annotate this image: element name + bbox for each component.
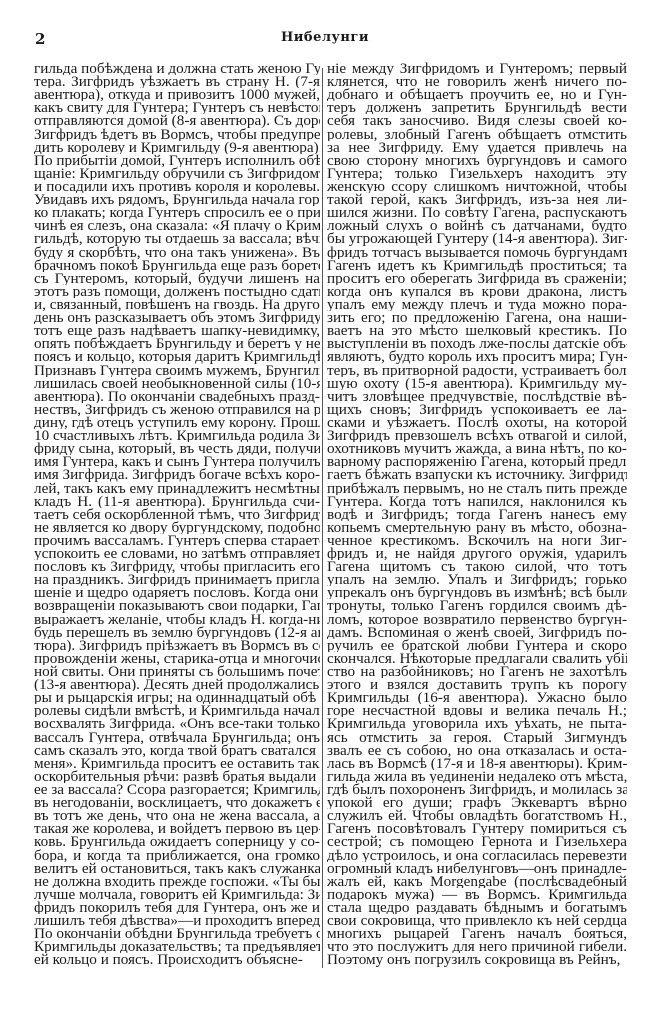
text-line: Гагенъ посовѣтовалъ Гунтеру помириться с… xyxy=(327,822,627,835)
text-line: выражаетъ желаніе, чтобы кладъ Н. когда-… xyxy=(34,613,320,626)
text-line: Кримгильды (16-я авентюра). Ужасно было xyxy=(327,691,627,704)
text-line: варному распоряженію Гагена, который пре… xyxy=(327,455,627,468)
text-line: отправляются домой (8-я авентюра). Съ до… xyxy=(34,114,320,127)
text-line: Кримгильды доказательствъ; та предъявляе… xyxy=(34,940,320,953)
text-line: гаетъ бѣжать взапуски къ источнику. Зигф… xyxy=(327,468,627,481)
text-line: самъ сказалъ это, когда твой братъ свата… xyxy=(34,744,320,757)
text-line: жалъ ей, какъ Morgengabe (послѣсвадебный xyxy=(327,875,627,888)
text-line: являютъ, будто король ихъ проситъ мира; … xyxy=(327,350,627,363)
text-line: проситъ его оберегать Зигфрида въ сражен… xyxy=(327,272,627,285)
text-line: звалъ ее съ собою, но она отказалась и о… xyxy=(327,744,627,757)
text-line: за нее Зигфриду. Ему удается привлечь на xyxy=(327,141,627,154)
text-line: зить его; по предложенію Гагена, она наш… xyxy=(327,311,627,324)
text-line: дину, гдѣ отецъ уступилъ ему корону. Про… xyxy=(34,416,320,429)
text-line: По прибытіи домой, Гунтеръ исполнилъ обѣ… xyxy=(34,154,320,167)
text-line: копьемъ смертельную рану въ мѣсто, обозн… xyxy=(327,521,627,534)
text-line: выступленіи въ походъ лже-послы датскіе … xyxy=(327,337,627,350)
text-line: такой герой, какъ Зигфридъ, изъ-за нея л… xyxy=(327,193,627,206)
text-line: такая же королева, и войдетъ первою въ ц… xyxy=(34,822,320,835)
text-line: охотниковъ мучитъ жажда, а вина нѣтъ, по… xyxy=(327,442,627,455)
text-line: велитъ ей остановиться, такъ какъ служан… xyxy=(34,862,320,875)
text-line: этого и взялся доставить трупъ къ порогу xyxy=(327,678,627,691)
text-line: оскорбительныя рѣчи: развѣ братья выдали… xyxy=(34,770,320,783)
text-line: упрекалъ онъ бургундовъ въ измѣнѣ; всѣ б… xyxy=(327,586,627,599)
text-line: вассалъ Гунтера, отвѣчала Брунгильда; он… xyxy=(34,731,320,744)
text-line: читъ зловѣщее предчувствіе, послѣдствіе … xyxy=(327,390,627,403)
text-line: свою сторону многихъ бургундовъ и самого xyxy=(327,154,627,167)
text-line: сками и уѣзжаетъ. Послѣ охоты, на которо… xyxy=(327,416,627,429)
text-line: тронуты, только Гагенъ гордился своимъ д… xyxy=(327,599,627,612)
text-line: прочимъ вассаламъ. Гунтеръ сперва старае… xyxy=(34,534,320,547)
column-divider xyxy=(322,68,323,968)
text-line: ложный слухъ о войнѣ съ датчанами, будто xyxy=(327,219,627,232)
text-line: что это послужитъ для него причиной гибе… xyxy=(327,940,627,953)
text-line: гильдѣ, которую ты отдаешь за вассала; в… xyxy=(34,232,320,245)
text-line: когда онъ купался въ крови дракона, лист… xyxy=(327,285,627,298)
text-line: ее за вассала? Ссора разгорается; Кримги… xyxy=(34,783,320,796)
text-line: буду я скорбѣть, что она такъ унижена». … xyxy=(34,246,320,259)
text-line: ченное крестикомъ. Вскочилъ на ноги Зиг- xyxy=(327,534,627,547)
text-line: ясь отмстить за героя. Старый Зигмундъ xyxy=(327,731,627,744)
text-line: тера. Зигфридъ уѣзжаетъ въ страну Н. (7-… xyxy=(34,75,320,88)
text-line: тюра). Зигфридъ пріѣзжаетъ въ Вормсъ въ … xyxy=(34,639,320,652)
text-line: провожденіи жены, старика-отца и многочи… xyxy=(34,652,320,665)
text-line: и, связанный, повѣшенъ на гвоздь. На дру… xyxy=(34,298,320,311)
text-line: и посадили ихъ противъ короля и королевы… xyxy=(34,180,320,193)
text-line: возвращеніи показываютъ свои подарки, Га… xyxy=(34,599,320,612)
text-line: не является ко двору бургундскому, подоб… xyxy=(34,521,320,534)
text-line: не должна входить прежде госпожи. «Ты бы xyxy=(34,875,320,888)
text-line: огромный кладъ нибелунговъ—онъ принадле- xyxy=(327,862,627,875)
text-line: Гунтера. Когда тотъ напился, наклонился … xyxy=(327,495,627,508)
text-line: водѣ и Зигфридъ; тогда Гагенъ нанесъ ему xyxy=(327,508,627,521)
text-line: восхвалять Зигфрида. «Онъ все-таки тольк… xyxy=(34,717,320,730)
text-line: Зигфридъ превзошелъ всѣхъ отвагой и сило… xyxy=(327,429,627,442)
text-line: Поэтому онъ погрузилъ сокровища въ Рейнъ… xyxy=(327,953,627,966)
text-line: гдѣ былъ похороненъ Зигфридъ, и молилась… xyxy=(327,783,627,796)
text-line: Кримгильда уговорила ихъ уѣхать, не пыта… xyxy=(327,717,627,730)
text-line: гильда побѣждена и должна стать женою Гу… xyxy=(34,62,320,75)
text-line: съ Гунтеромъ, который, будучи лишенъ на xyxy=(34,272,320,285)
text-line: стала щедро раздавать бѣднымъ и богатымъ xyxy=(327,901,627,914)
text-line: таетъ себя оскорбленной тѣмъ, что Зигфри… xyxy=(34,508,320,521)
text-line: лей, такъ какъ ему принадлежитъ несмѣтны… xyxy=(34,482,320,495)
text-line: фридъ тотчасъ вызывается помочь бургунда… xyxy=(327,246,627,259)
text-line: ролевы, злобный Гагенъ обѣщаетъ отмстить xyxy=(327,128,627,141)
right-column: ніе между Зигфридомъ и Гунтеромъ; первый… xyxy=(327,62,627,967)
text-line: По окончаніи обѣдни Брунгильда требуетъ … xyxy=(34,927,320,940)
text-line: ваетъ на это мѣсто шелковый крестикъ. По xyxy=(327,324,627,337)
text-line: въ негодованіи, восклицаетъ, что докажет… xyxy=(34,796,320,809)
text-line: теръ, въ притворной радости, устраиваетъ… xyxy=(327,364,627,377)
text-line: дамъ. Вспоминая о женѣ своей, Зигфридъ п… xyxy=(327,626,627,639)
text-line: успокоить ее словами, но затѣмъ отправля… xyxy=(34,547,320,560)
text-line: кладъ Н. (11-я авентюра). Брунгильда счи… xyxy=(34,495,320,508)
text-line: горе несчастной вдовы и велика печаль Н.… xyxy=(327,704,627,717)
text-line: прибѣжалъ первымъ, но не сталъ пить преж… xyxy=(327,482,627,495)
text-line: сестрой; съ помощею Гернота и Гизельхера xyxy=(327,835,627,848)
text-line: гильда жила въ уединеніи недалеко отъ мѣ… xyxy=(327,770,627,783)
text-line: Зигфридъ ѣдетъ въ Вормсъ, чтобы предупре… xyxy=(34,128,320,141)
text-line: упалъ ему между плечъ и туда можно пора- xyxy=(327,298,627,311)
text-line: меня». Кримгильда проситъ ее оставить та… xyxy=(34,757,320,770)
text-line: этотъ разъ помощи, долженъ постыдно сдат… xyxy=(34,285,320,298)
text-line: авентюра), откуда и привозитъ 1000 мужей… xyxy=(34,88,320,101)
text-line: чинѣ ея слезъ, она сказала: «Я плачу о К… xyxy=(34,219,320,232)
text-line: упалъ на землю. Упалъ и Зигфридъ; горько xyxy=(327,573,627,586)
text-line: себя такъ заносчиво. Видя слезы своей ко… xyxy=(327,114,627,127)
text-line: 10 счастливыхъ лѣтъ. Кримгильда родила З… xyxy=(34,429,320,442)
text-line: подарокъ мужа) — въ Вормсъ. Кримгильда xyxy=(327,888,627,901)
text-line: ломъ, которое возвратило первенство бург… xyxy=(327,613,627,626)
text-line: (13-я авентюра). Десять дней продолжалис… xyxy=(34,678,320,691)
text-line: женскую ссору слишкомъ ничтожной, чтобы xyxy=(327,180,627,193)
text-line: Гагенъ идетъ къ Кримгильдѣ проститься; т… xyxy=(327,259,627,272)
text-line: теръ долженъ запретить Брунгильдѣ вести xyxy=(327,101,627,114)
text-line: день онъ разсказываетъ объ этомъ Зигфрид… xyxy=(34,311,320,324)
text-line: на праздникъ. Зигфридъ принимаетъ пригла… xyxy=(34,573,320,586)
text-line: въ тотъ же день, что она не жена вассала… xyxy=(34,809,320,822)
text-line: дить королеву и Кримгильду (9-я авентюра… xyxy=(34,141,320,154)
text-line: ручилъ ее братской любви Гунтера и скоро xyxy=(327,639,627,652)
text-line: добнаго и обѣщаетъ проучить ее, но и Гун… xyxy=(327,88,627,101)
text-line: ніе между Зигфридомъ и Гунтеромъ; первый xyxy=(327,62,627,75)
text-line: лучше молчала, говоритъ ей Кримгильда: З… xyxy=(34,888,320,901)
text-line: шую охоту (15-я авентюра). Кримгильду му… xyxy=(327,377,627,390)
text-line: ной свиты. Они приняты съ большимъ почет… xyxy=(34,665,320,678)
text-line: ей кольцо и поясъ. Происходитъ объясне- xyxy=(34,953,320,966)
text-line: лишилась своей необыкновенной силы (10-я xyxy=(34,377,320,390)
text-line: фридъ покорилъ тебя для Гунтера, онъ же … xyxy=(34,901,320,914)
text-line: имя Зигфрида. Зигфридъ богаче всѣхъ коро… xyxy=(34,468,320,481)
page-header: 2 Нибелунги xyxy=(0,30,650,50)
text-line: ры и рыцарскія игры; на одиннадцатый обѣ… xyxy=(34,691,320,704)
text-line: поясъ и кольцо, которыя даритъ Кримгильд… xyxy=(34,350,320,363)
text-line: щихъ сновъ; Зигфридъ успокоиваетъ ее ла- xyxy=(327,403,627,416)
text-line: шеніе и щедро одаряетъ пословъ. Когда он… xyxy=(34,586,320,599)
text-line: ролевы сидѣли вмѣстѣ, и Кримгильда начал… xyxy=(34,704,320,717)
text-line: авентюра). По окончаніи свадебныхъ празд… xyxy=(34,390,320,403)
text-line: фриду сына, который, въ честь дяди, полу… xyxy=(34,442,320,455)
text-line: ство на разбойниковъ; но Гагенъ не захот… xyxy=(327,665,627,678)
text-line: служилъ ей. Чтобы овладѣть богатствомъ Н… xyxy=(327,809,627,822)
text-line: свои сокровища, что привлекло къ ней сер… xyxy=(327,914,627,927)
text-line: нествъ, Зигфридъ съ женою отправился на … xyxy=(34,403,320,416)
text-line: Увидавъ ихъ рядомъ, Брунгильда начала го… xyxy=(34,193,320,206)
text-line: клянется, что не говорилъ женѣ ничего по… xyxy=(327,75,627,88)
text-line: будь перешелъ въ землю бургундовъ (12-я … xyxy=(34,626,320,639)
text-line: какъ свиту для Гунтера; Гунтеръ съ невѣс… xyxy=(34,101,320,114)
left-column: гильда побѣждена и должна стать женою Гу… xyxy=(34,62,320,967)
text-line: фридъ и, не найдя другого оружія, ударил… xyxy=(327,547,627,560)
text-line: пословъ къ Зигфриду, чтобы пригласить ег… xyxy=(34,560,320,573)
running-title: Нибелунги xyxy=(0,30,650,45)
text-line: бора, и когда та приближается, она громк… xyxy=(34,849,320,862)
text-line: многихъ рыцарей Гагенъ началъ бояться, xyxy=(327,927,627,940)
text-line: шился жизни. По совѣту Гагена, распускаю… xyxy=(327,206,627,219)
text-line: скончался. Нѣкоторые предлагали свалить … xyxy=(327,652,627,665)
text-line: щаніе: Кримгильду обручили съ Зигфридомъ xyxy=(34,167,320,180)
text-line: Гагена щитомъ съ такою силой, что тотъ xyxy=(327,560,627,573)
text-line: тотъ еще разъ надѣваетъ шапку-невидимку, xyxy=(34,324,320,337)
text-line: ковь. Брунгильда ожидаетъ соперницу у со… xyxy=(34,835,320,848)
text-line: упокой его души; графъ Эккевартъ вѣрно xyxy=(327,796,627,809)
text-line: Гунтера; только Гизельхеръ находитъ эту xyxy=(327,167,627,180)
text-line: лишилъ тебя дѣвства»—и проходитъ впередъ… xyxy=(34,914,320,927)
text-line: брачномъ покоѣ Брунгильда еще разъ борет… xyxy=(34,259,320,272)
text-line: Признавъ Гунтера своимъ мужемъ, Брунгиль… xyxy=(34,364,320,377)
text-line: бы угрожающей Гунтеру (14-я авентюра). З… xyxy=(327,232,627,245)
text-line: лась въ Вормсѣ (17-я и 18-я авентюры). К… xyxy=(327,757,627,770)
text-line: имя Гунтера, какъ и сынъ Гунтера получил… xyxy=(34,455,320,468)
text-line: ко плакать; когда Гунтеръ спросилъ ее о … xyxy=(34,206,320,219)
text-line: дѣло устроилось, и она согласилась перев… xyxy=(327,849,627,862)
text-line: опять побѣждаетъ Брунгильду и беретъ у н… xyxy=(34,337,320,350)
